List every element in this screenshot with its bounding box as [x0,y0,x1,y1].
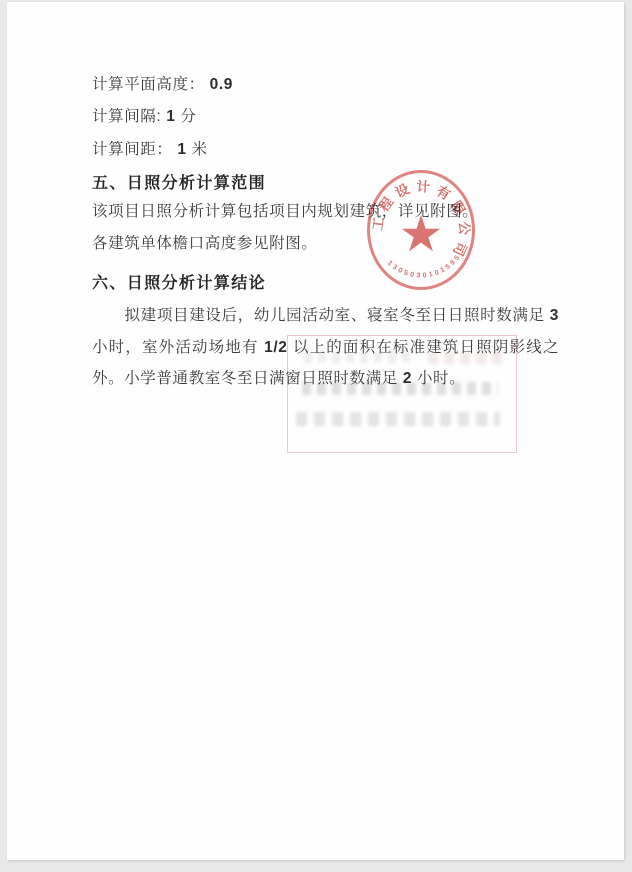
param-interval: 计算间隔: 1 分 [92,104,196,126]
document-page: 计算平面高度： 0.9 计算间隔: 1 分 计算间距： 1 米 五、日照分析计算… [7,2,624,860]
section-6-heading: 六、日照分析计算结论 [92,270,266,293]
param-plane-height: 计算平面高度： 0.9 [92,72,233,94]
faded-stamp-smudge [296,412,500,426]
scanned-document: { "content": { "params": [ { "segments":… [0,0,632,872]
conclusion-paragraph: 拟建项目建设后，幼儿园活动室、寝室冬至日日照时数满足 3 小时，室外活动场地有 … [92,300,559,395]
param-spacing: 计算间距： 1 米 [92,137,208,159]
company-seal-stamp: ★ 工程设计有限公司 1305030101595 [367,170,475,290]
seal-number-text: 1305030101595 [367,170,475,290]
section-5-line-2: 各建筑单体檐口高度参见附图。 [92,231,317,253]
section-5-heading: 五、日照分析计算范围 [92,170,266,193]
